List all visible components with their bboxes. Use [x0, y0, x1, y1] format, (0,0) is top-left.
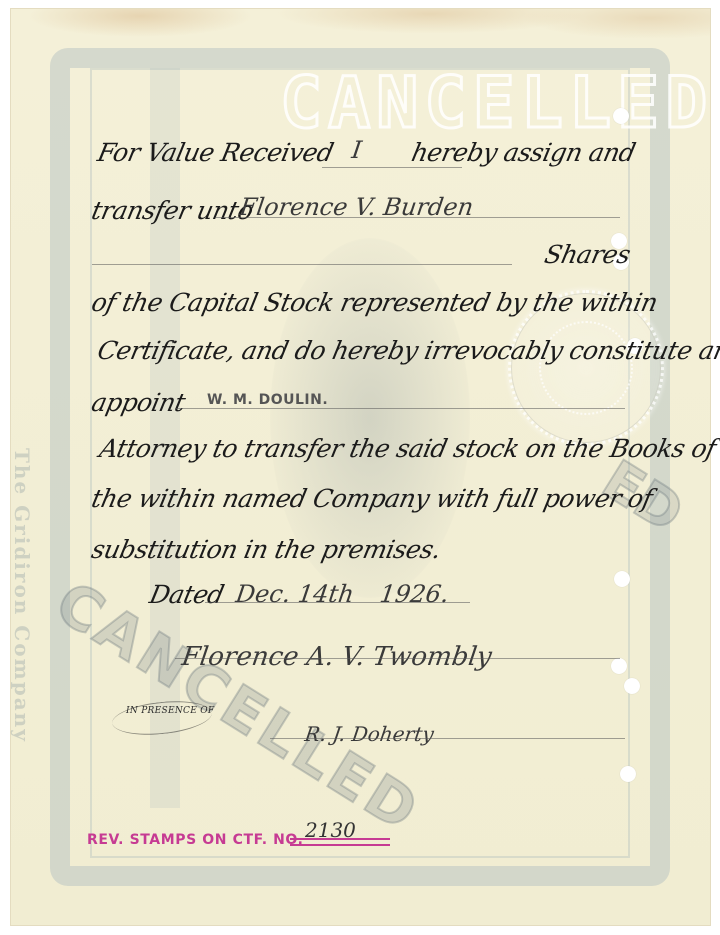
assignor-signature: Florence A. V. Twombly — [180, 642, 494, 672]
rev-stamps-rule-bottom — [290, 844, 390, 846]
assignee-rule — [215, 217, 620, 218]
dated-year: 1926. — [378, 580, 451, 608]
witness-signature: R. J. Doherty — [303, 722, 435, 746]
in-presence-label: IN PRESENCE OF — [126, 706, 214, 716]
punch-hole — [620, 766, 636, 782]
shares-rule — [92, 264, 512, 265]
rev-stamps-label: REV. STAMPS ON CTF. NO. — [87, 832, 304, 848]
punch-hole — [614, 571, 630, 587]
assignment-line1-suffix: hereby assign and — [409, 138, 638, 167]
punch-hole — [611, 658, 627, 674]
assignment-line4: of the Capital Stock represented by the … — [89, 288, 660, 317]
assignor-rule — [322, 167, 462, 168]
assignment-line9: substitution in the premises. — [89, 535, 444, 564]
assignment-line2-prefix: transfer unto — [89, 196, 256, 225]
assignment-line7: Attorney to transfer the said stock on t… — [97, 434, 718, 463]
signature-rule — [175, 658, 620, 659]
dated-date: Dec. 14th — [234, 580, 356, 608]
punch-hole — [624, 678, 640, 694]
perforation-cancelled: CANCELLED — [280, 68, 713, 138]
shares-label: Shares — [542, 240, 633, 269]
assignment-line5: Certificate, and do hereby irrevocably c… — [95, 336, 720, 365]
witness-rule — [270, 738, 625, 739]
attorney-stamped-name: W. M. DOULIN. — [207, 392, 328, 408]
appoint-label: appoint — [89, 388, 188, 417]
assignment-line8: the within named Company with full power… — [89, 484, 655, 513]
rev-stamps-certificate-number: 2130 — [305, 818, 356, 842]
assignment-line1-prefix: For Value Received — [95, 138, 336, 167]
attorney-rule — [175, 408, 625, 409]
ghost-side-text: The Gridiron Company — [10, 448, 34, 768]
dated-label: Dated — [147, 580, 226, 609]
punch-hole — [613, 108, 629, 124]
